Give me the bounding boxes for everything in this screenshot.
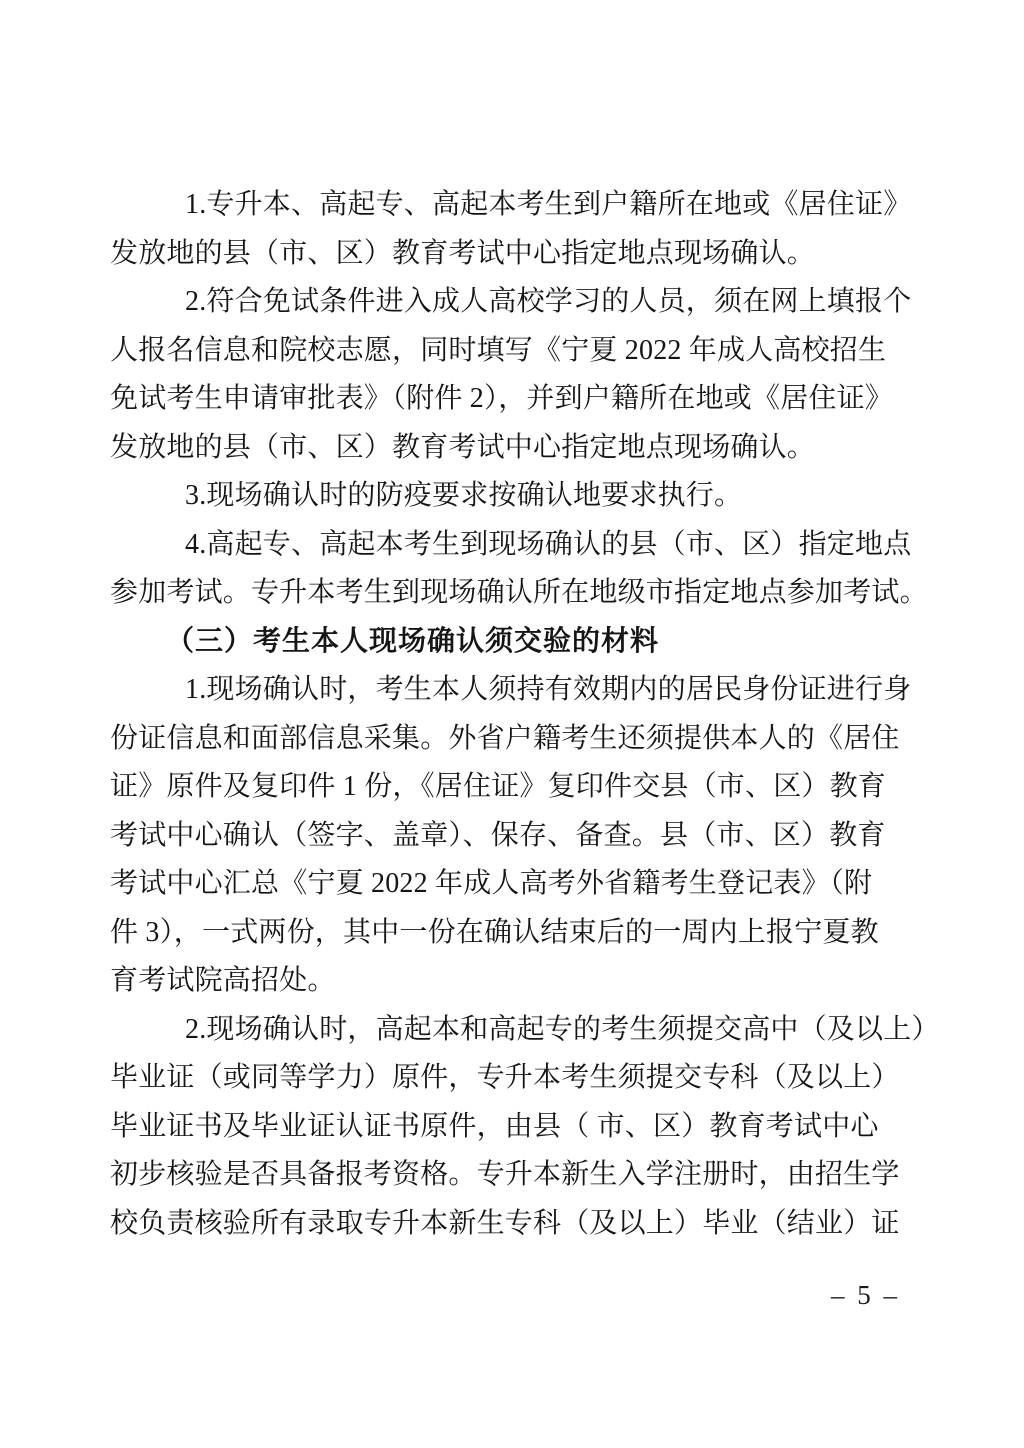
- text-line: 毕业证（或同等学力）原件，专升本考生须提交专科（及以上）: [110, 1054, 916, 1103]
- text-line: 校负责核验所有录取专升本新生专科（及以上）毕业（结业）证: [110, 1200, 916, 1249]
- text-line: 考试中心确认（签字、盖章）、保存、备查。县（市、区）教育: [110, 812, 916, 861]
- text-line: 1.现场确认时，考生本人须持有效期内的居民身份证进行身: [110, 666, 916, 715]
- text-line: 毕业证书及毕业证认证书原件，由县（ 市、区）教育考试中心: [110, 1103, 916, 1152]
- section-heading: （三）考生本人现场确认须交验的材料: [110, 618, 916, 667]
- page-number: – 5 –: [831, 1280, 900, 1311]
- text-line: 发放地的县（市、区）教育考试中心指定地点现场确认。: [110, 424, 916, 473]
- text-line: 人报名信息和院校志愿，同时填写《宁夏 2022 年成人高校招生: [110, 327, 916, 376]
- text-line: 2.现场确认时，高起本和高起专的考生须提交高中（及以上）: [110, 1006, 916, 1055]
- text-line: 考试中心汇总《宁夏 2022 年成人高考外省籍考生登记表》（附: [110, 860, 916, 909]
- text-line: 件 3），一式两份，其中一份在确认结束后的一周内上报宁夏教: [110, 909, 916, 958]
- text-line: 参加考试。专升本考生到现场确认所在地级市指定地点参加考试。: [110, 569, 916, 618]
- text-line: 育考试院高招处。: [110, 957, 916, 1006]
- text-line: 1.专升本、高起专、高起本考生到户籍所在地或《居住证》: [110, 181, 916, 230]
- document-body: 1.专升本、高起专、高起本考生到户籍所在地或《居住证》 发放地的县（市、区）教育…: [110, 181, 916, 1248]
- text-line: 发放地的县（市、区）教育考试中心指定地点现场确认。: [110, 230, 916, 279]
- text-line: 4.高起专、高起本考生到现场确认的县（市、区）指定地点: [110, 521, 916, 570]
- text-line: 份证信息和面部信息采集。外省户籍考生还须提供本人的《居住: [110, 715, 916, 764]
- document-page: 1.专升本、高起专、高起本考生到户籍所在地或《居住证》 发放地的县（市、区）教育…: [0, 0, 1024, 1448]
- text-line: 初步核验是否具备报考资格。专升本新生入学注册时，由招生学: [110, 1151, 916, 1200]
- text-line: 2.符合免试条件进入成人高校学习的人员，须在网上填报个: [110, 278, 916, 327]
- text-line: 3.现场确认时的防疫要求按确认地要求执行。: [110, 472, 916, 521]
- text-line: 免试考生申请审批表》（附件 2），并到户籍所在地或《居住证》: [110, 375, 916, 424]
- text-line: 证》原件及复印件 1 份，《居住证》复印件交县（市、区）教育: [110, 763, 916, 812]
